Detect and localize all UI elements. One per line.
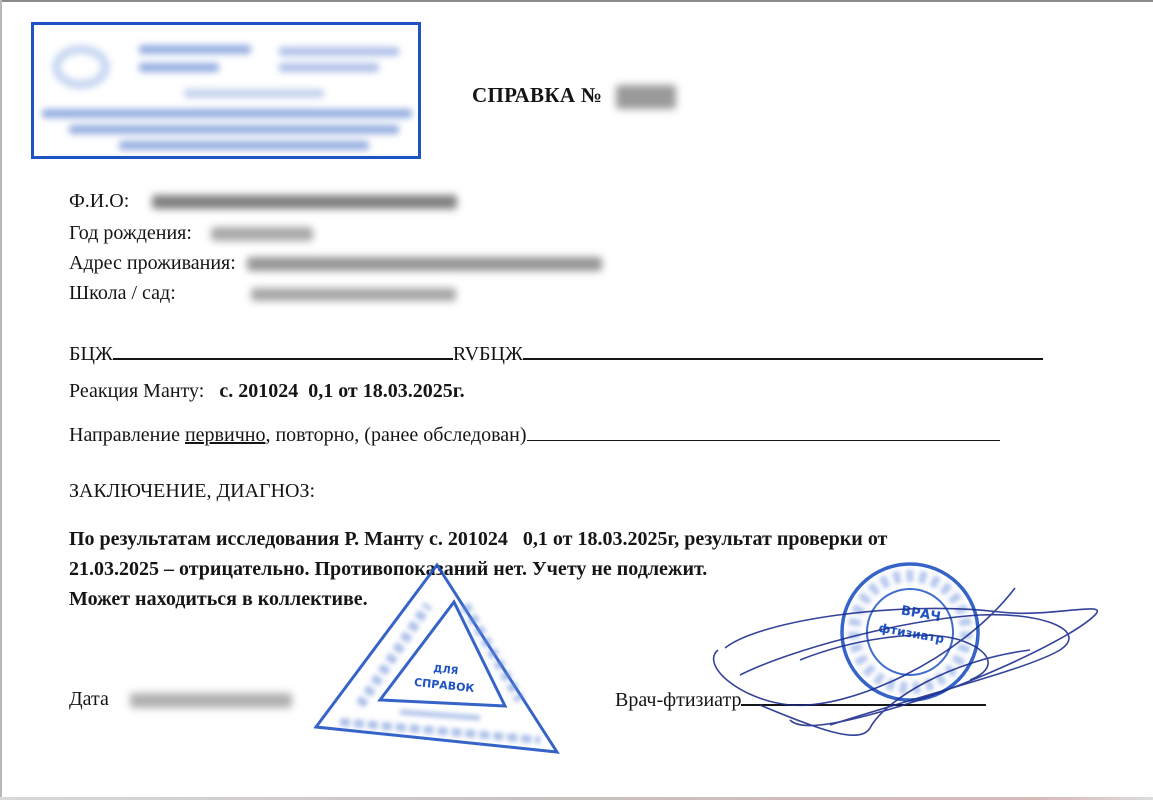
triangle-stamp-line2: СПРАВОК [413, 676, 475, 695]
doctor-signature-row: Врач-фтизиатр [615, 686, 986, 712]
signature-line [741, 686, 986, 706]
conclusion-text: По результатам исследования Р. Манту с. … [69, 524, 1069, 614]
rvbcg-label: RVБЦЖ [453, 343, 523, 365]
clinic-logo-icon [52, 45, 110, 89]
school-label: Школа / сад: [69, 282, 176, 305]
document-title: СПРАВКА № [472, 83, 676, 109]
conclusion-line-3: Может находиться в коллективе. [69, 584, 1069, 614]
bcg-blank-line [113, 340, 453, 360]
referral-row: Направление первично, повторно, (ранее о… [69, 422, 1000, 447]
referral-blank-line [527, 422, 1000, 441]
mantoux-value: с. 201024 0,1 от 18.03.2025г. [219, 380, 464, 402]
fio-label: Ф.И.О: [69, 190, 129, 213]
conclusion-heading: ЗАКЛЮЧЕНИЕ, ДИАГНОЗ: [69, 480, 315, 503]
school-value-redacted [251, 288, 456, 301]
rvbcg-blank-line [523, 340, 1043, 360]
referral-other-options: , повторно, (ранее обследован) [265, 424, 526, 446]
triangle-stamp-line1: ДЛЯ [433, 664, 459, 678]
fio-row: Ф.И.О: [69, 190, 457, 213]
mantoux-label: Реакция Манту: [69, 380, 204, 402]
referral-label: Направление [69, 424, 180, 446]
birth-label: Год рождения: [69, 222, 192, 245]
page-top-edge [0, 0, 1153, 2]
birth-row: Год рождения: [69, 222, 313, 245]
conclusion-line-1: По результатам исследования Р. Манту с. … [69, 524, 1069, 554]
date-label: Дата [69, 688, 109, 710]
conclusion-line-2: 21.03.2025 – отрицательно. Противопоказа… [69, 554, 1069, 584]
certificate-number-redacted [616, 85, 676, 109]
address-row: Адрес проживания: [69, 252, 602, 275]
bcg-label: БЦЖ [69, 343, 113, 365]
birth-value-redacted [211, 227, 313, 241]
doctor-label: Врач-фтизиатр [615, 689, 741, 711]
referral-primary-option: первично [185, 424, 266, 446]
date-value-redacted [130, 693, 292, 708]
mantoux-row: Реакция Манту: с. 201024 0,1 от 18.03.20… [69, 380, 465, 403]
school-row: Школа / сад: [69, 282, 456, 305]
clinic-header-stamp [31, 22, 421, 159]
address-label: Адрес проживания: [69, 252, 236, 275]
fio-value-redacted [152, 195, 457, 209]
bcg-row: БЦЖRVБЦЖ [69, 340, 1043, 366]
page-left-edge [0, 0, 2, 800]
title-text: СПРАВКА № [472, 83, 602, 107]
address-value-redacted [247, 257, 602, 271]
round-stamp-line2: фтизиатр [877, 621, 945, 646]
date-row: Дата [69, 688, 292, 711]
